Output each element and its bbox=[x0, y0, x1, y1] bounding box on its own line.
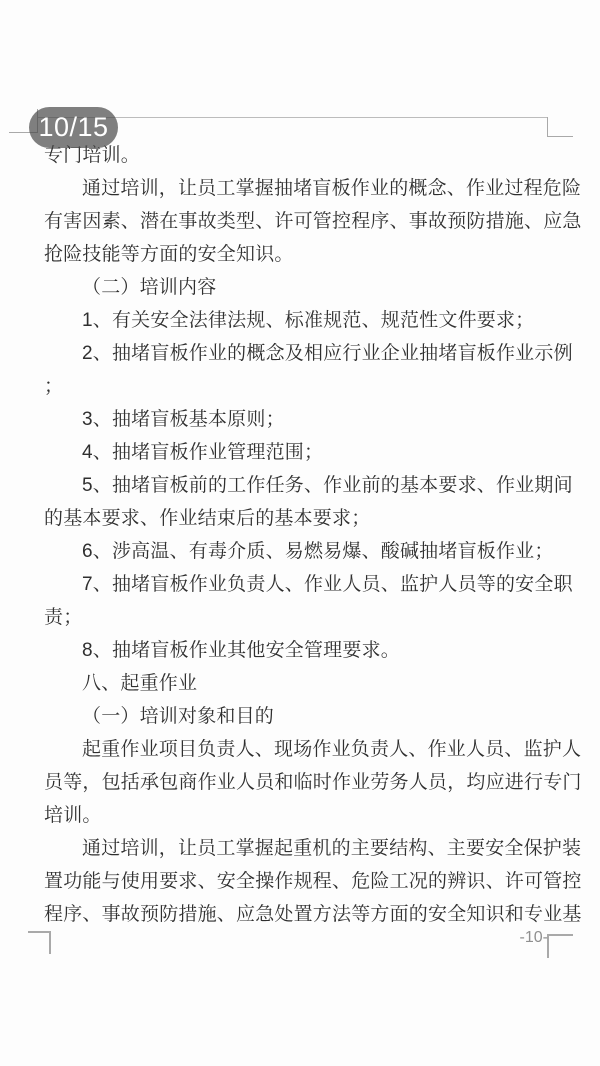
text-line: 5、抽堵盲板前的工作任务、作业前的基本要求、作业期间 bbox=[44, 469, 556, 502]
text-line: 专门培训。 bbox=[44, 139, 556, 172]
text-line: 八、起重作业 bbox=[44, 667, 556, 700]
text-line: 的基本要求、作业结束后的基本要求； bbox=[44, 502, 556, 535]
crop-mark-bottom-right-horizontal bbox=[547, 934, 573, 936]
text-line: ； bbox=[44, 370, 556, 403]
text-line: （一）培训对象和目的 bbox=[44, 700, 556, 733]
text-line: 培训。 bbox=[44, 799, 556, 832]
text-line: 起重作业项目负责人、现场作业负责人、作业人员、监护人 bbox=[44, 733, 556, 766]
text-line: （二）培训内容 bbox=[44, 271, 556, 304]
text-line: 7、抽堵盲板作业负责人、作业人员、监护人员等的安全职 bbox=[44, 568, 556, 601]
page-indicator-label: 10/15 bbox=[38, 112, 108, 142]
text-line: 3、抽堵盲板基本原则； bbox=[44, 403, 556, 436]
text-line: 4、抽堵盲板作业管理范围； bbox=[44, 436, 556, 469]
page-number-footer: -10- bbox=[510, 928, 548, 948]
text-line: 1、有关安全法律法规、标准规范、规范性文件要求； bbox=[44, 304, 556, 337]
text-line: 6、涉高温、有毒介质、易燃易爆、酸碱抽堵盲板作业； bbox=[44, 535, 556, 568]
text-line: 员等，包括承包商作业人员和临时作业劳务人员，均应进行专门 bbox=[44, 766, 556, 799]
crop-mark-top-right-horizontal bbox=[547, 136, 573, 137]
document-page-content[interactable]: 专门培训。通过培训，让员工掌握抽堵盲板作业的概念、作业过程危险有害因素、潜在事故… bbox=[44, 139, 556, 931]
text-line: 通过培训，让员工掌握抽堵盲板作业的概念、作业过程危险 bbox=[44, 172, 556, 205]
text-line: 8、抽堵盲板作业其他安全管理要求。 bbox=[44, 634, 556, 667]
page-indicator-badge: 10/15 bbox=[29, 107, 118, 148]
text-line: 通过培训，让员工掌握起重机的主要结构、主要安全保护装 bbox=[44, 832, 556, 865]
text-line: 责； bbox=[44, 601, 556, 634]
crop-mark-top-right-vertical bbox=[547, 117, 548, 137]
crop-mark-bottom-left-horizontal bbox=[28, 931, 51, 933]
text-line: 抢险技能等方面的安全知识。 bbox=[44, 238, 556, 271]
text-line: 有害因素、潜在事故类型、许可管控程序、事故预防措施、应急 bbox=[44, 205, 556, 238]
text-line: 置功能与使用要求、安全操作规程、危险工况的辨识、许可管控 bbox=[44, 865, 556, 898]
text-line: 程序、事故预防措施、应急处置方法等方面的安全知识和专业基 bbox=[44, 898, 556, 931]
text-line: 2、抽堵盲板作业的概念及相应行业企业抽堵盲板作业示例 bbox=[44, 337, 556, 370]
reader-screen: 10/15 专门培训。通过培训，让员工掌握抽堵盲板作业的概念、作业过程危险有害因… bbox=[0, 0, 600, 1066]
crop-mark-bottom-left-vertical bbox=[49, 931, 51, 954]
